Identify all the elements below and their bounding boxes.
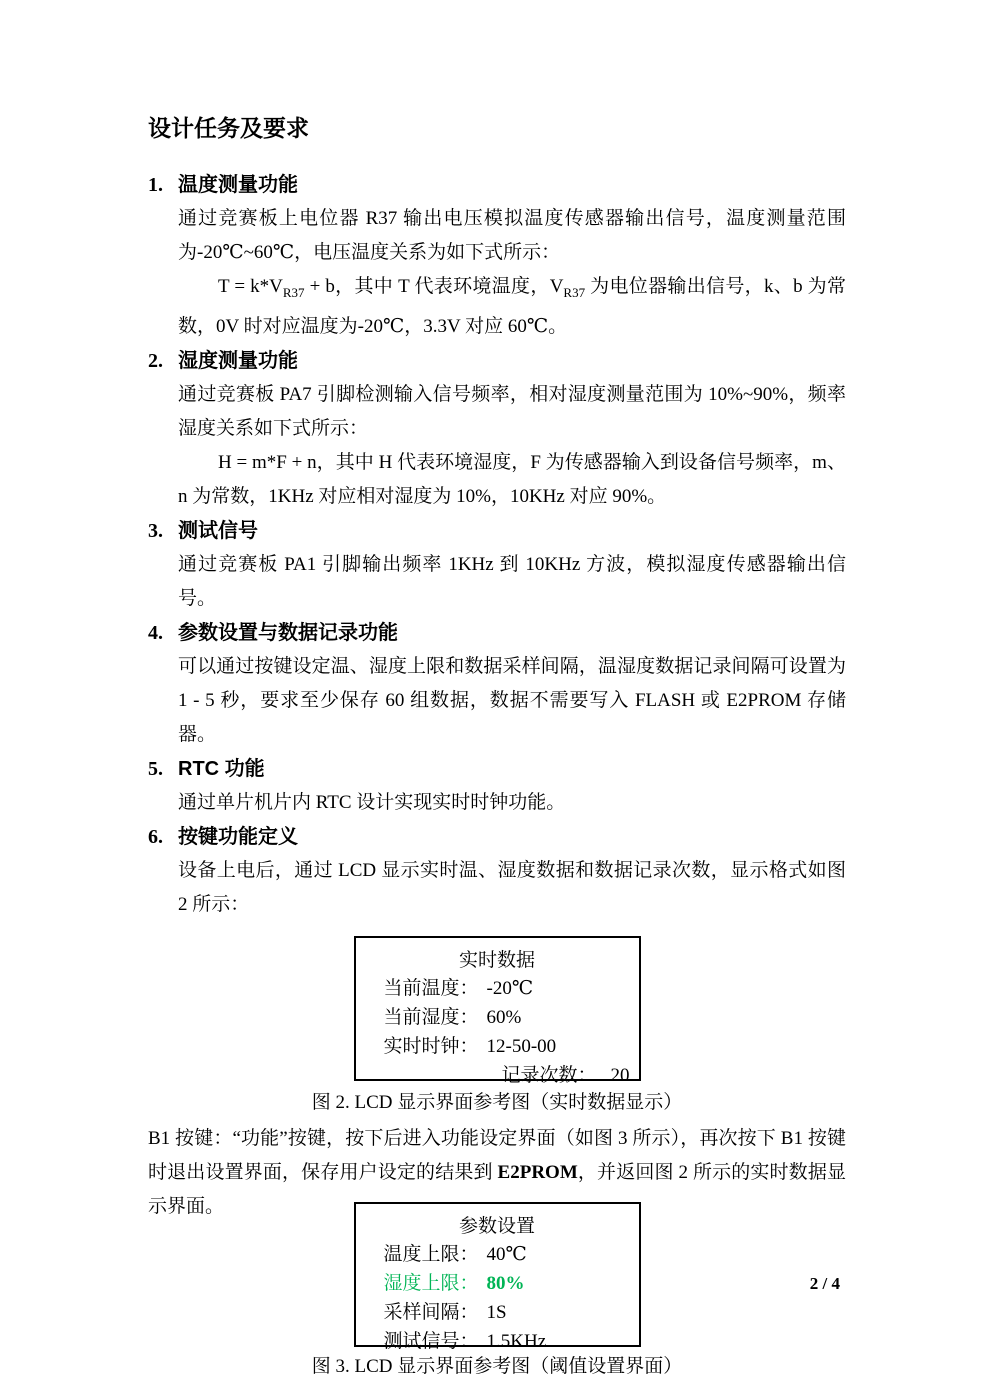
section-number: 5. [148, 752, 178, 786]
section-heading-text: RTC 功能 [178, 752, 265, 786]
lcd-realtime-box: 实时数据 当前温度： -20℃ 当前湿度： 60% 实时时钟： 12-50-00… [354, 936, 641, 1081]
section-heading: 6. 按键功能定义 [148, 820, 846, 854]
section-paragraph: 通过竞赛板上电位器 R37 输出电压模拟温度传感器输出信号，温度测量范围为-20… [178, 202, 846, 270]
section-heading: 4. 参数设置与数据记录功能 [148, 616, 846, 650]
lcd-row-label: 采样间隔： [384, 1298, 487, 1327]
lcd-row-realtime-clock: 实时时钟： 12-50-00 [384, 1032, 639, 1061]
section-paragraph: 设备上电后，通过 LCD 显示实时温、湿度数据和数据记录次数，显示格式如图 2 … [178, 854, 846, 922]
lcd-row-current-humidity: 当前湿度： 60% [384, 1003, 639, 1032]
section-number: 4. [148, 616, 178, 650]
section-heading-text: 参数设置与数据记录功能 [178, 616, 398, 650]
lcd-row-temperature-limit: 温度上限： 40℃ [384, 1240, 639, 1269]
section-heading: 5. RTC 功能 [148, 752, 846, 786]
section-heading-text: 湿度测量功能 [178, 344, 298, 378]
section-parameter-record: 4. 参数设置与数据记录功能 可以通过按键设定温、湿度上限和数据采样间隔，温湿度… [148, 616, 846, 752]
section-test-signal: 3. 测试信号 通过竞赛板 PA1 引脚输出频率 1KHz 到 10KHz 方波… [148, 514, 846, 616]
section-paragraph: 通过竞赛板 PA7 引脚检测输入信号频率，相对湿度测量范围为 10%~90%，频… [178, 378, 846, 446]
lcd-row-value: 40℃ [487, 1240, 527, 1269]
formula-subscript: R37 [563, 285, 585, 300]
page-title: 设计任务及要求 [148, 112, 846, 144]
section-heading-text: 测试信号 [178, 514, 258, 548]
formula-humidity: H = m*F + n，其中 H 代表环境湿度，F 为传感器输入到设备信号频率，… [178, 446, 846, 514]
figure2-caption: 图 2. LCD 显示界面参考图（实时数据显示） [148, 1088, 846, 1118]
b1-text-bold-e2prom: E2PROM [498, 1162, 578, 1183]
section-paragraph: 可以通过按键设定温、湿度上限和数据采样间隔，温湿度数据记录间隔可设置为 1 - … [178, 650, 846, 752]
section-rtc: 5. RTC 功能 通过单片机片内 RTC 设计实现实时时钟功能。 [148, 752, 846, 820]
section-number: 1. [148, 168, 178, 202]
lcd-row-value: 60% [487, 1003, 522, 1032]
lcd-row-value: 20 [611, 1061, 630, 1090]
lcd-row-sample-interval: 采样间隔： 1S [384, 1298, 639, 1327]
lcd-row-value: -20℃ [487, 974, 534, 1003]
lcd-row-value: 1S [487, 1298, 507, 1327]
lcd-row-current-temperature: 当前温度： -20℃ [384, 974, 639, 1003]
lcd-row-label: 湿度上限： [384, 1269, 487, 1298]
section-heading: 2. 湿度测量功能 [148, 344, 846, 378]
section-number: 3. [148, 514, 178, 548]
lcd-row-value: 12-50-00 [487, 1032, 557, 1061]
formula-subscript: R37 [283, 285, 305, 300]
document-content: 设计任务及要求 1. 温度测量功能 通过竞赛板上电位器 R37 输出电压模拟温度… [148, 112, 846, 1382]
document-page: 设计任务及要求 1. 温度测量功能 通过竞赛板上电位器 R37 输出电压模拟温度… [0, 0, 982, 1398]
lcd-row-record-count: 记录次数： 20 [502, 1061, 639, 1090]
formula-part: T = k*V [218, 276, 283, 297]
lcd-row-humidity-limit-highlighted: 湿度上限： 80% [384, 1269, 639, 1298]
lcd-row-label: 当前湿度： [384, 1003, 487, 1032]
section-keys: 6. 按键功能定义 设备上电后，通过 LCD 显示实时温、湿度数据和数据记录次数… [148, 820, 846, 922]
formula-temperature: T = k*VR37 + b，其中 T 代表环境温度，VR37 为电位器输出信号… [178, 270, 846, 344]
lcd-screen-title: 实时数据 [356, 947, 639, 974]
section-paragraph: 通过竞赛板 PA1 引脚输出频率 1KHz 到 10KHz 方波，模拟湿度传感器… [178, 548, 846, 616]
formula-part: + b，其中 T 代表环境温度，V [305, 276, 564, 297]
section-temperature: 1. 温度测量功能 通过竞赛板上电位器 R37 输出电压模拟温度传感器输出信号，… [148, 168, 846, 344]
page-number: 2 / 4 [810, 1274, 840, 1294]
figure3-caption: 图 3. LCD 显示界面参考图（阈值设置界面） [148, 1352, 846, 1382]
lcd-row-value: 80% [487, 1269, 525, 1298]
section-number: 6. [148, 820, 178, 854]
lcd-row-label: 当前温度： [384, 974, 487, 1003]
lcd-row-label: 温度上限： [384, 1240, 487, 1269]
lcd-settings-box: 参数设置 温度上限： 40℃ 湿度上限： 80% 采样间隔： 1S 测试信号： … [354, 1202, 641, 1347]
section-heading: 3. 测试信号 [148, 514, 846, 548]
lcd-row-label: 记录次数： [502, 1061, 597, 1090]
section-humidity: 2. 湿度测量功能 通过竞赛板 PA7 引脚检测输入信号频率，相对湿度测量范围为… [148, 344, 846, 514]
section-heading: 1. 温度测量功能 [148, 168, 846, 202]
section-number: 2. [148, 344, 178, 378]
section-heading-text: 温度测量功能 [178, 168, 298, 202]
section-paragraph: 通过单片机片内 RTC 设计实现实时时钟功能。 [178, 786, 846, 820]
lcd-row-label: 实时时钟： [384, 1032, 487, 1061]
lcd-screen-title: 参数设置 [356, 1213, 639, 1240]
section-heading-text: 按键功能定义 [178, 820, 298, 854]
